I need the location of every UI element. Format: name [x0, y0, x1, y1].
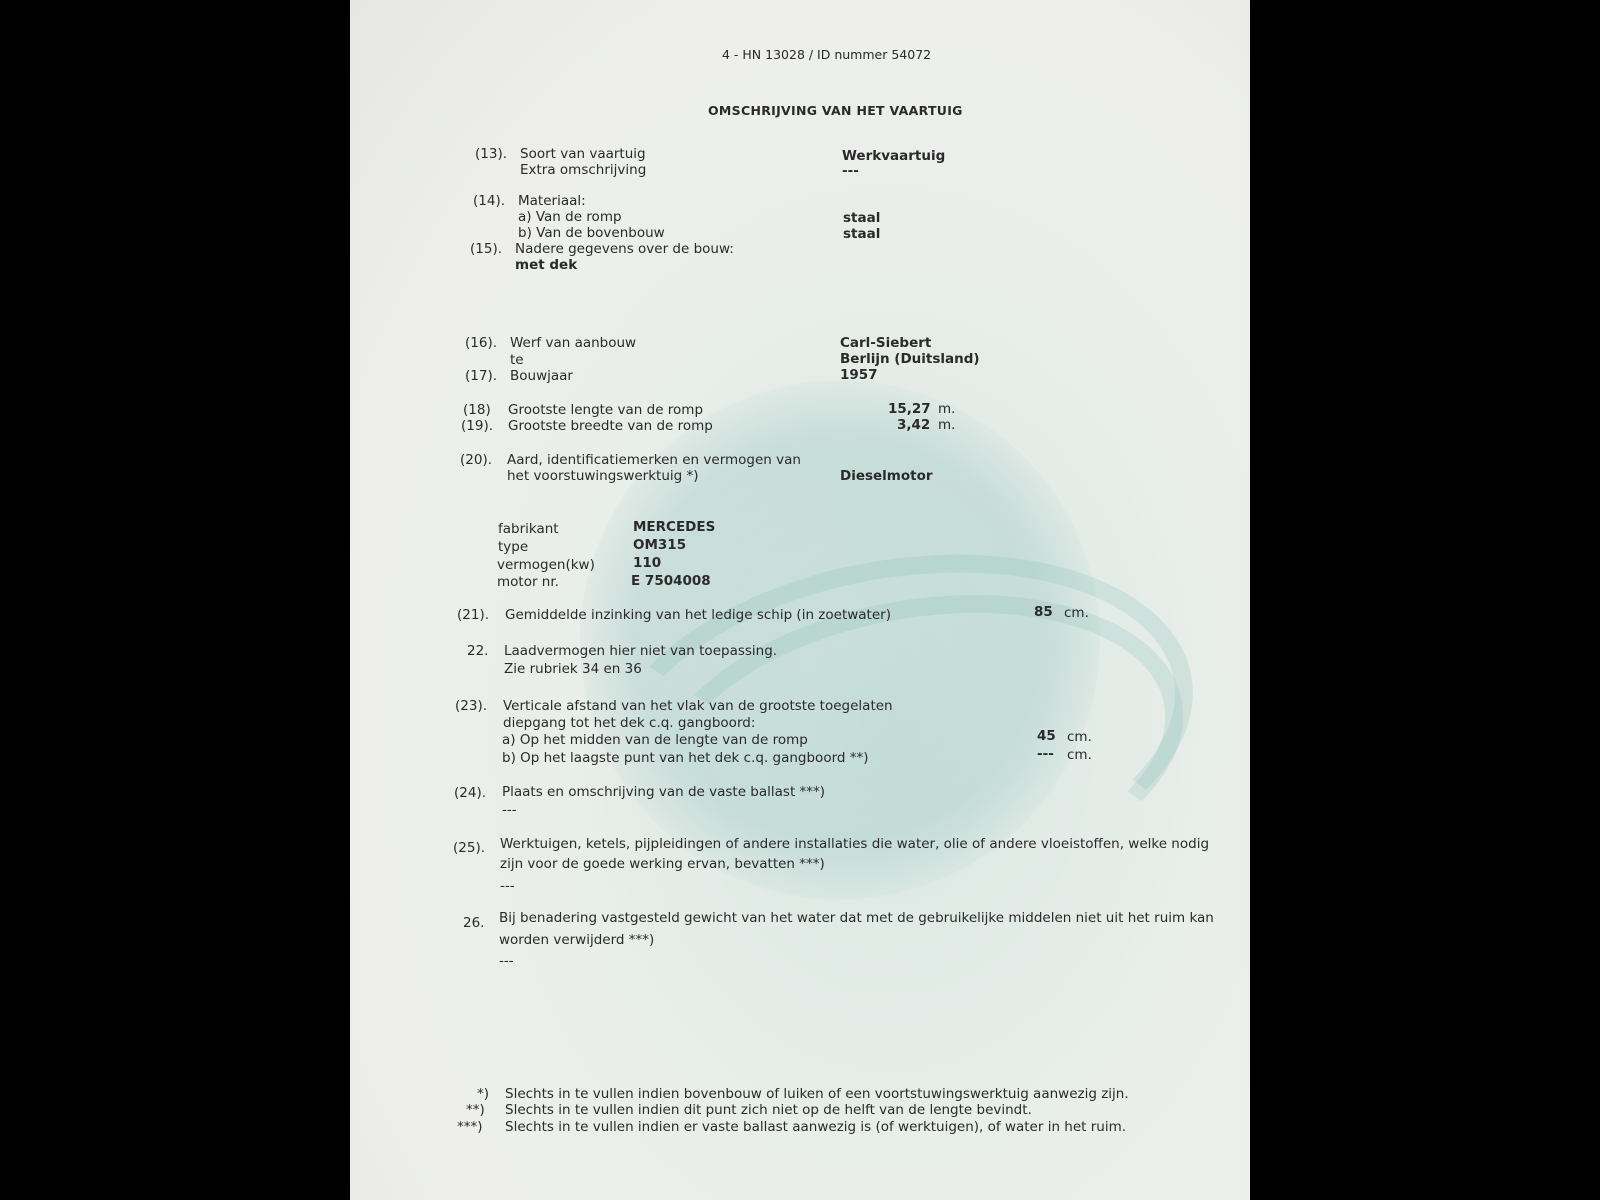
- value-bouwjaar: 1957: [840, 367, 878, 383]
- value-romp: staal: [843, 210, 880, 226]
- label-soort-vaartuig: Soort van vaartuig: [520, 146, 646, 162]
- value-werktuigen: ---: [500, 878, 515, 894]
- value-ballast: ---: [502, 802, 517, 818]
- label-gewicht-water-2: worden verwijderd ***): [499, 932, 654, 948]
- item-number: (16).: [465, 335, 497, 351]
- item-number: (20).: [460, 452, 492, 468]
- value-werf: Carl-Siebert: [840, 335, 931, 351]
- item-number: (17).: [465, 368, 497, 384]
- page-reference: 4 - HN 13028 / ID nummer 54072: [722, 47, 931, 63]
- footnote-text: Slechts in te vullen indien bovenbouw of…: [505, 1086, 1129, 1102]
- label-diepgang: diepgang tot het dek c.q. gangboord:: [503, 715, 755, 731]
- label-breedte: Grootste breedte van de romp: [508, 418, 713, 434]
- footnote-text: Slechts in te vullen indien dit punt zic…: [505, 1102, 1032, 1118]
- value-midden: 45: [1037, 728, 1056, 744]
- unit-inzinking: cm.: [1064, 605, 1089, 621]
- label-materiaal: Materiaal:: [518, 193, 586, 209]
- item-number: (19).: [461, 418, 493, 434]
- label-romp: a) Van de romp: [518, 209, 622, 225]
- value-motor-nr: E 7504008: [631, 573, 711, 589]
- value-extra-omschrijving: ---: [842, 163, 859, 179]
- label-gewicht-water: Bij benadering vastgesteld gewicht van h…: [499, 910, 1214, 926]
- label-ballast: Plaats en omschrijving van de vaste ball…: [502, 784, 825, 800]
- value-type: OM315: [633, 537, 686, 553]
- value-vermogen: 110: [633, 555, 661, 571]
- value-nadere-gegevens: met dek: [515, 257, 577, 273]
- label-te: te: [510, 352, 524, 368]
- value-gewicht-water: ---: [499, 953, 514, 969]
- label-bovenbouw: b) Van de bovenbouw: [518, 225, 665, 241]
- value-inzinking: 85: [1034, 604, 1053, 620]
- value-lengte: 15,27: [888, 401, 931, 417]
- label-lengte: Grootste lengte van de romp: [508, 402, 703, 418]
- label-type: type: [498, 539, 528, 555]
- label-vermogen: vermogen(kw): [497, 557, 595, 573]
- value-bovenbouw: staal: [843, 226, 880, 242]
- label-verticale-afstand: Verticale afstand van het vlak van de gr…: [503, 698, 893, 714]
- unit-midden: cm.: [1067, 729, 1092, 745]
- label-rubriek: Zie rubriek 34 en 36: [504, 661, 642, 677]
- label-voorstuwing-2: het voorstuwingswerktuig *): [507, 468, 699, 484]
- label-werf: Werf van aanbouw: [510, 335, 636, 351]
- label-inzinking: Gemiddelde inzinking van het ledige schi…: [505, 607, 891, 623]
- value-laagste-punt: ---: [1037, 746, 1054, 762]
- label-voorstuwing: Aard, identificatiemerken en vermogen va…: [507, 452, 801, 468]
- footnote-text: Slechts in te vullen indien er vaste bal…: [505, 1119, 1126, 1135]
- unit-laagste-punt: cm.: [1067, 747, 1092, 763]
- footnote-mark: *): [477, 1086, 489, 1102]
- item-number: (14).: [473, 193, 505, 209]
- item-number: 26.: [463, 915, 484, 931]
- label-bouwjaar: Bouwjaar: [510, 368, 573, 384]
- item-number: (23).: [455, 698, 487, 714]
- label-motor-nr: motor nr.: [497, 574, 559, 590]
- item-number: (25).: [453, 840, 485, 856]
- label-laagste-punt: b) Op het laagste punt van het dek c.q. …: [502, 750, 869, 766]
- footnote-mark: ***): [457, 1119, 483, 1135]
- item-number: (21).: [457, 607, 489, 623]
- footnote-mark: **): [466, 1102, 485, 1118]
- item-number: 22.: [467, 643, 488, 659]
- label-werktuigen: Werktuigen, ketels, pijpleidingen of and…: [500, 836, 1209, 852]
- unit-lengte: m.: [938, 401, 955, 417]
- label-werktuigen-2: zijn voor de goede werking ervan, bevatt…: [500, 856, 825, 872]
- label-midden: a) Op het midden van de lengte van de ro…: [502, 732, 808, 748]
- value-fabrikant: MERCEDES: [633, 519, 715, 535]
- value-breedte: 3,42: [897, 417, 930, 433]
- value-voorstuwing: Dieselmotor: [840, 468, 933, 484]
- document-page: 4 - HN 13028 / ID nummer 54072 OMSCHRIJV…: [350, 0, 1250, 1200]
- value-soort-vaartuig: Werkvaartuig: [842, 148, 945, 164]
- label-fabrikant: fabrikant: [498, 521, 559, 537]
- item-number: (15).: [470, 241, 502, 257]
- value-te: Berlijn (Duitsland): [840, 351, 980, 367]
- label-nadere-gegevens: Nadere gegevens over de bouw:: [515, 241, 734, 257]
- item-number: (24).: [454, 785, 486, 801]
- item-number: (18): [463, 402, 491, 418]
- item-number: (13).: [475, 146, 507, 162]
- label-laadvermogen: Laadvermogen hier niet van toepassing.: [504, 643, 777, 659]
- unit-breedte: m.: [938, 417, 955, 433]
- label-extra-omschrijving: Extra omschrijving: [520, 162, 646, 178]
- document-title: OMSCHRIJVING VAN HET VAARTUIG: [708, 103, 963, 119]
